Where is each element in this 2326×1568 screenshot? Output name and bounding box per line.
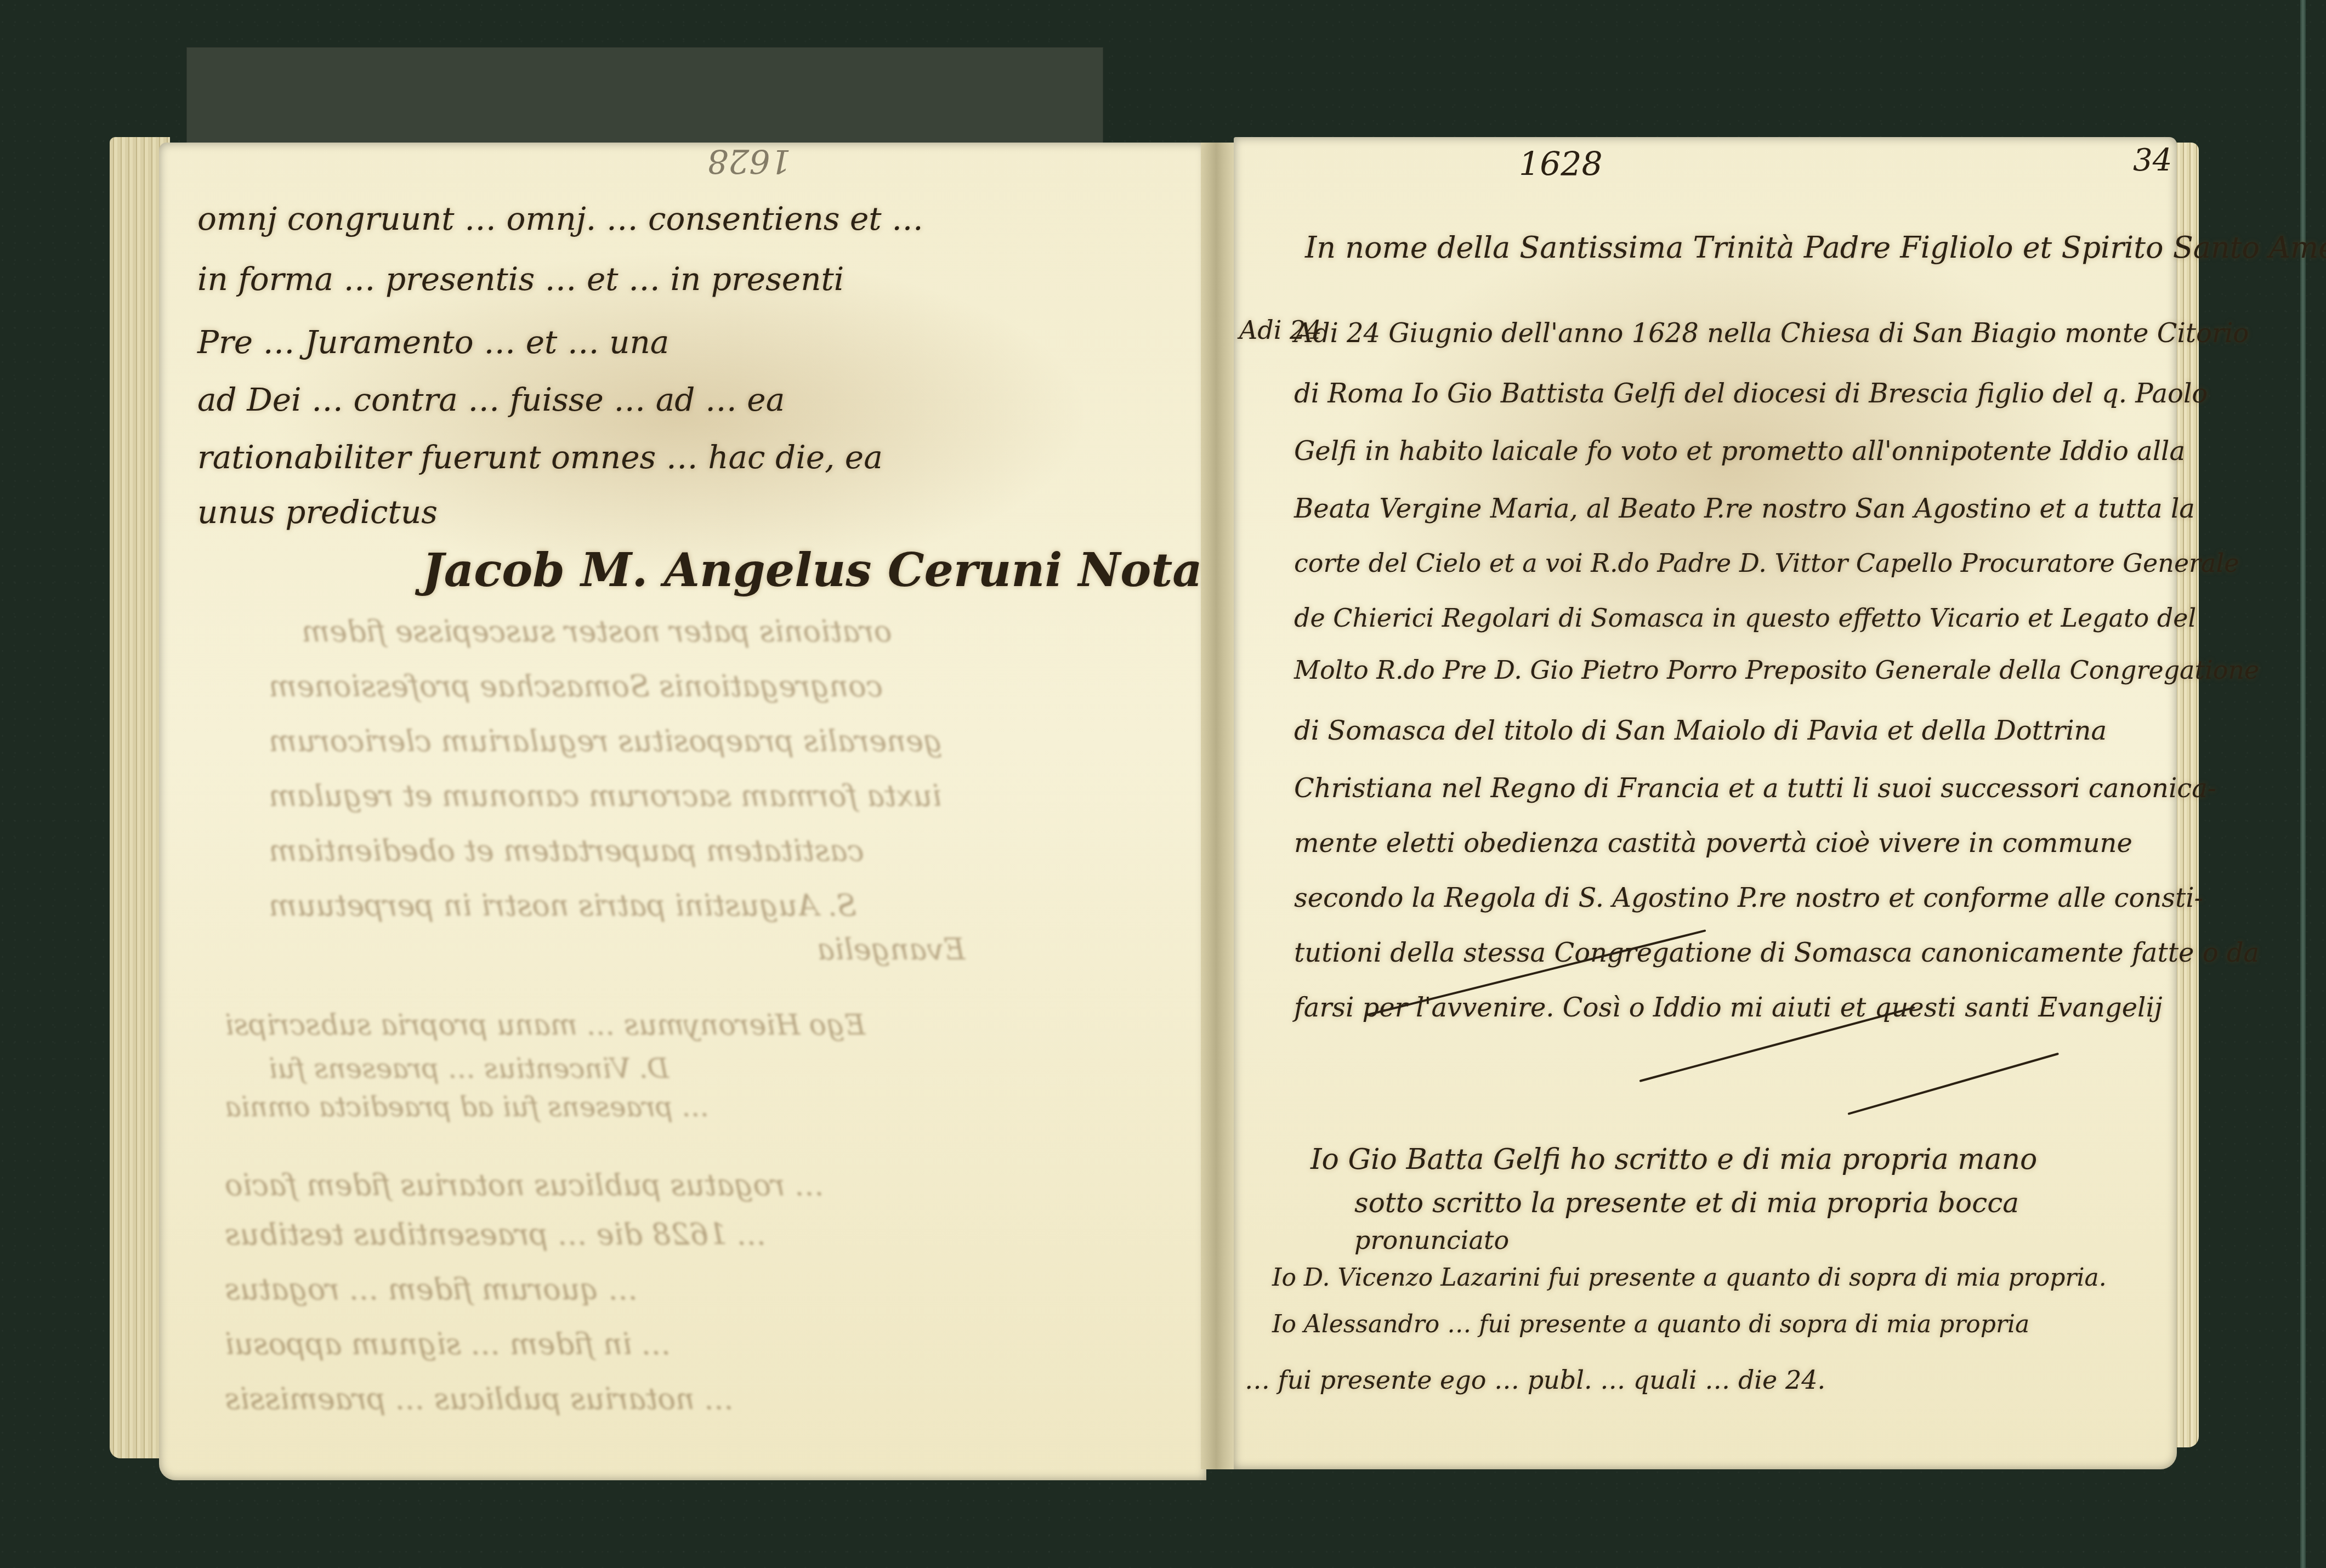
bleed-through-text: … in fidem … signum apposui [225, 1327, 671, 1361]
bleed-through-text: D. Vincentius … praesens fui [269, 1053, 669, 1084]
right-text-line: tutioni della stessa Congregatione di So… [1294, 938, 2259, 968]
right-text-line: de Chierici Regolari di Somasca in quest… [1294, 603, 2196, 633]
left-page: 1628 omnj congruunt … omnj. … consentien… [159, 143, 1206, 1480]
left-text-line: omnj congruunt … omnj. … consentiens et … [197, 200, 923, 237]
right-page: 1628 34 In nome della Santissima Trinità… [1234, 137, 2177, 1469]
left-text-line: Pre … Juramento … et … una [197, 323, 669, 361]
right-text-line: di Roma Io Gio Battista Gelfi del dioces… [1294, 378, 2208, 409]
left-text-line: ad Dei … contra … fuisse … ad … ea [197, 381, 785, 418]
right-text-line: Adi 24 Giugnio dell'anno 1628 nella Chie… [1294, 318, 2249, 349]
bleed-through-text: Evangelia [817, 932, 965, 967]
left-text-line: unus predictus [197, 493, 438, 531]
bleed-through-text: S. Augustini patris nostri in perpetuum [269, 888, 856, 923]
left-text-line: in forma … presentis … et … in presenti [197, 260, 844, 298]
bleed-through-text: generalis praepositus regularium clerico… [269, 724, 943, 758]
right-text-line: Gelfi in habito laicale fo voto et prome… [1294, 436, 2185, 467]
witness-signature: Io Alessandro … fui presente a quanto di… [1272, 1310, 2029, 1338]
right-text-line: farsi per l'avvenire. Così o Iddio mi ai… [1294, 992, 2163, 1023]
bleed-through-text: … rogatus publicus notarius fidem facio [225, 1168, 824, 1202]
bleed-through-text: castitatem paupertatem et obedientiam [269, 833, 864, 868]
bleed-through-text: Ego Hieronymus … manu propria subscripsi [225, 1009, 865, 1042]
right-text-line: Beata Vergine Maria, al Beato P.re nostr… [1294, 493, 2195, 524]
bleed-through-text: … praesens fui ad praedicta omnia [225, 1091, 709, 1123]
right-text-line: di Somasca del titolo di San Maiolo di P… [1294, 715, 2107, 746]
bleed-through-text: orationis pater noster suscepisse fidem [302, 614, 892, 649]
folio-number: 34 [2133, 143, 2172, 178]
left-page-year: 1628 [707, 141, 791, 180]
professant-signature-line: Io Gio Batta Gelfi ho scritto e di mia p… [1310, 1143, 2037, 1176]
witness-signature: Io D. Vicenzo Lazarini fui presente a qu… [1272, 1264, 2107, 1292]
notary-attestation: … fui presente ego … publ. … quali … die… [1245, 1365, 1825, 1395]
notary-signature: Jacob M. Angelus Ceruni Notarius [422, 543, 1303, 597]
right-text-line: secondo la Regola di S. Agostino P.re no… [1294, 883, 2203, 913]
left-text-line: rationabiliter fuerunt omnes … hac die, … [197, 439, 883, 476]
right-text-line: Christiana nel Regno di Francia et a tut… [1294, 773, 2216, 804]
bleed-through-text: … notarius publicus … praemissis [225, 1382, 734, 1416]
right-page-year: 1628 [1519, 145, 1603, 184]
right-text-line: In nome della Santissima Trinità Padre F… [1305, 230, 2326, 265]
open-manuscript-book: 1628 omnj congruunt … omnj. … consentien… [110, 132, 2193, 1486]
flourish-stroke [1847, 1053, 2059, 1115]
bleed-through-text: … 1628 die … praesentibus testibus [225, 1217, 766, 1252]
right-text-line: mente eletti obedienza castità povertà c… [1294, 828, 2132, 859]
bleed-through-text: … quorum fidem … rogatus [225, 1272, 638, 1306]
professant-signature-line: pronunciato [1354, 1225, 1509, 1255]
bleed-through-text: iuxta formam sacrorum canonum et regulam [269, 779, 941, 813]
professant-signature-line: sotto scritto la presente et di mia prop… [1354, 1187, 2019, 1219]
right-text-line: Molto R.do Pre D. Gio Pietro Porro Prepo… [1294, 655, 2259, 685]
right-text-line: corte del Cielo et a voi R.do Padre D. V… [1294, 548, 2239, 578]
bleed-through-text: congregationis Somaschae professionem [269, 669, 883, 703]
